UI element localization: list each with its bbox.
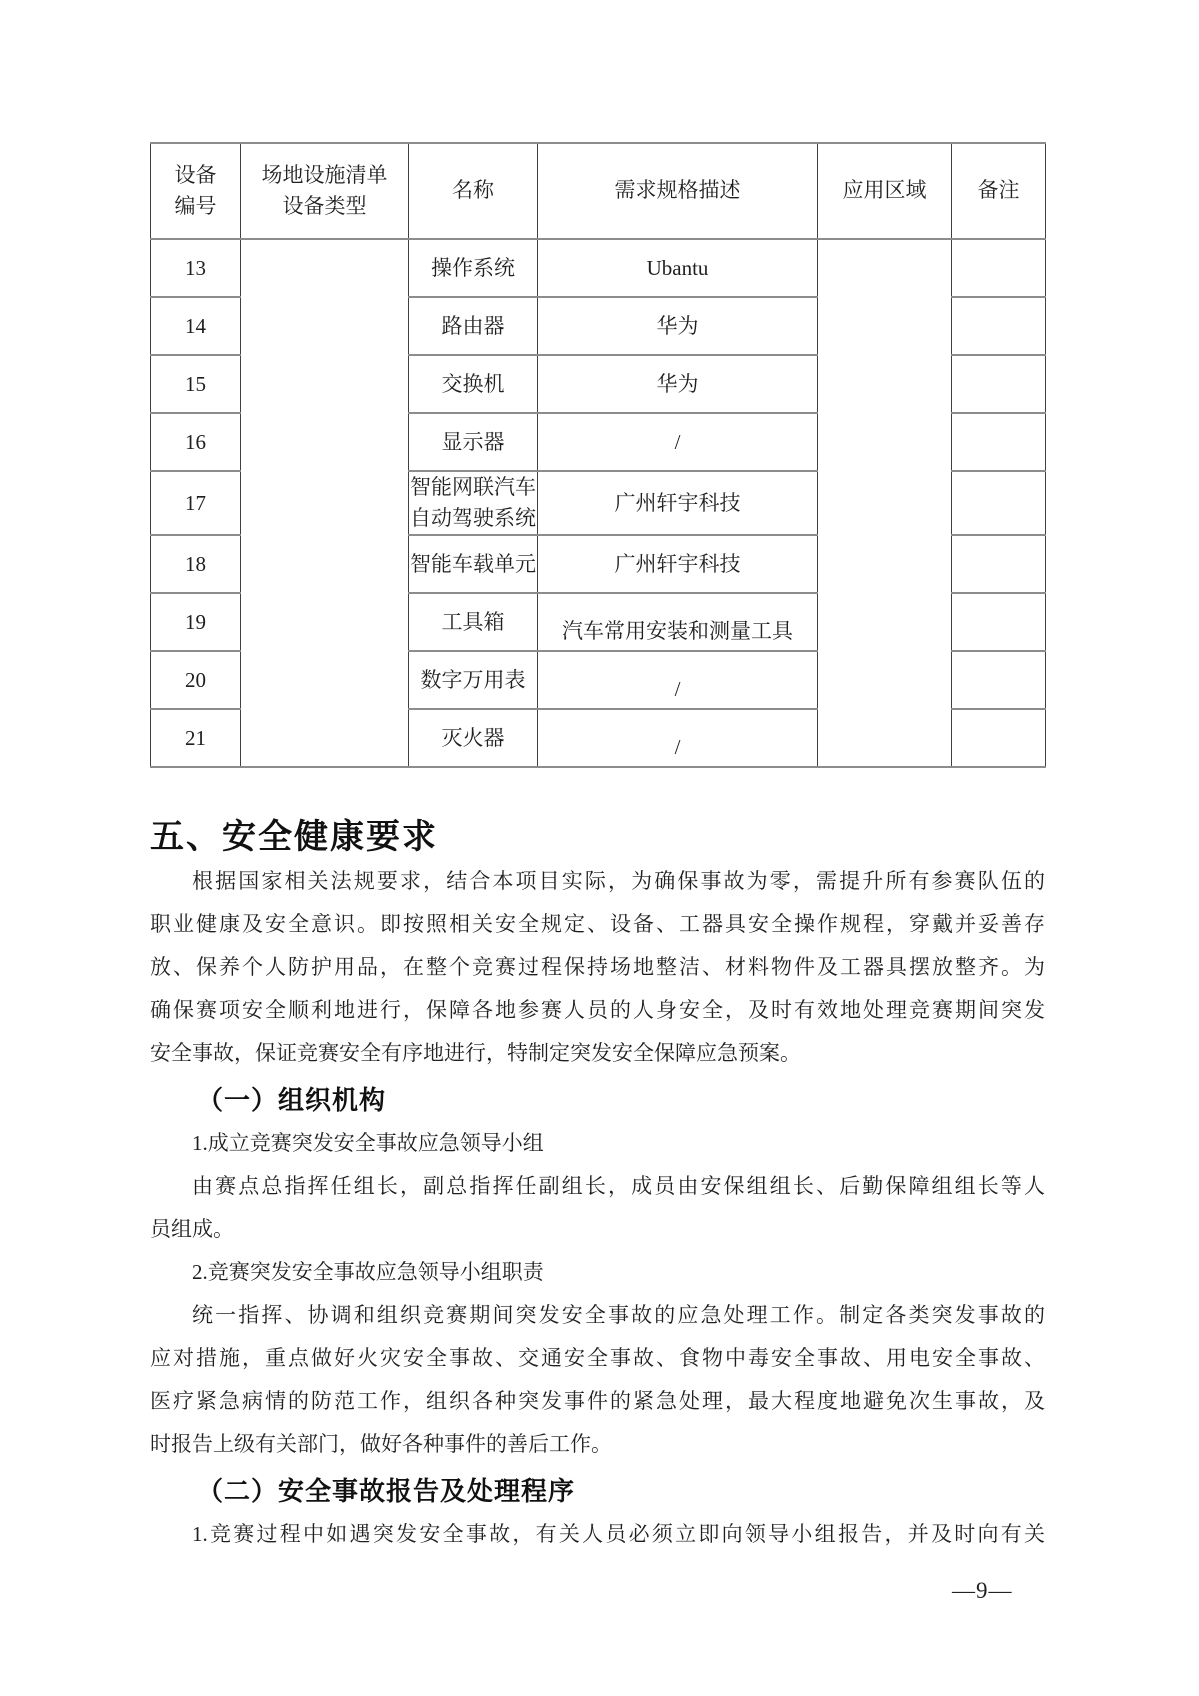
column-header-line: 需求规格描述 — [538, 179, 817, 202]
cell-name: 灭火器 — [409, 709, 538, 767]
cell-name: 工具箱 — [409, 593, 538, 651]
column-header-line: 编号 — [151, 195, 240, 218]
cell-name: 交换机 — [409, 355, 538, 413]
cell-name: 数字万用表 — [409, 651, 538, 709]
cell-device-type-merged — [241, 239, 409, 767]
paragraph-line: 放、保养个人防护用品，在整个竞赛过程保持场地整洁、材料物件及工器具摆放整齐。为 — [150, 946, 1045, 989]
column-header-line: 备注 — [952, 179, 1045, 202]
cell-note — [952, 297, 1046, 355]
cell-note — [952, 355, 1046, 413]
cell-note — [952, 535, 1046, 593]
column-header-note: 备注 — [952, 143, 1046, 239]
cell-name: 显示器 — [409, 413, 538, 471]
cell-note — [952, 239, 1046, 297]
cell-device-no: 21 — [151, 709, 241, 767]
header-row: 设备编号场地设施清单设备类型名称需求规格描述应用区域备注 — [151, 143, 1046, 239]
cell-note — [952, 593, 1046, 651]
cell-area-merged — [818, 239, 952, 767]
body-text: 根据国家相关法规要求，结合本项目实际，为确保事故为零，需提升所有参赛队伍的职业健… — [150, 860, 1045, 1556]
column-header-line: 场地设施清单 — [241, 164, 408, 187]
cell-name: 智能网联汽车自动驾驶系统 — [409, 471, 538, 535]
paragraph-line: 医疗紧急病情的防范工作，组织各种突发事件的紧急处理，最大程度地避免次生事故，及 — [150, 1380, 1045, 1423]
paragraph-line: 员组成。 — [150, 1208, 1045, 1251]
table-row: 13操作系统Ubantu — [151, 239, 1046, 297]
paragraph-line: 根据国家相关法规要求，结合本项目实际，为确保事故为零，需提升所有参赛队伍的 — [150, 860, 1045, 903]
cell-spec: 华为 — [538, 355, 818, 413]
cell-spec: 广州轩宇科技 — [538, 535, 818, 593]
equipment-table: 设备编号场地设施清单设备类型名称需求规格描述应用区域备注 13操作系统Ubant… — [150, 142, 1046, 768]
cell-device-no: 15 — [151, 355, 241, 413]
column-header-line: 设备 — [151, 164, 240, 187]
cell-note — [952, 471, 1046, 535]
cell-device-no: 18 — [151, 535, 241, 593]
cell-device-no: 13 — [151, 239, 241, 297]
cell-spec: 汽车常用安装和测量工具 — [538, 593, 818, 651]
paragraph-line: 2.竞赛突发安全事故应急领导小组职责 — [150, 1251, 1045, 1294]
cell-spec: / — [538, 709, 818, 767]
column-header-line: 应用区域 — [818, 179, 951, 202]
page-content: 设备编号场地设施清单设备类型名称需求规格描述应用区域备注 13操作系统Ubant… — [150, 142, 1045, 1556]
cell-spec: / — [538, 651, 818, 709]
paragraph-line: 确保赛项安全顺利地进行，保障各地参赛人员的人身安全，及时有效地处理竞赛期间突发 — [150, 989, 1045, 1032]
column-header-no: 设备编号 — [151, 143, 241, 239]
equipment-table-body: 13操作系统Ubantu14路由器华为15交换机华为16显示器/17智能网联汽车… — [151, 239, 1046, 767]
cell-spec: 广州轩宇科技 — [538, 471, 818, 535]
cell-spec: 华为 — [538, 297, 818, 355]
cell-spec: / — [538, 413, 818, 471]
paragraph-line: 安全事故，保证竞赛安全有序地进行，特制定突发安全保障应急预案。 — [150, 1032, 1045, 1075]
paragraph-line: 职业健康及安全意识。即按照相关安全规定、设备、工器具安全操作规程，穿戴并妥善存 — [150, 903, 1045, 946]
column-header-area: 应用区域 — [818, 143, 952, 239]
page-number: —9— — [952, 1578, 1013, 1604]
cell-device-no: 20 — [151, 651, 241, 709]
cell-name: 操作系统 — [409, 239, 538, 297]
paragraph-line: 应对措施，重点做好火灾安全事故、交通安全事故、食物中毒安全事故、用电安全事故、 — [150, 1337, 1045, 1380]
cell-device-no: 16 — [151, 413, 241, 471]
column-header-spec: 需求规格描述 — [538, 143, 818, 239]
cell-device-no: 17 — [151, 471, 241, 535]
section-title: 五、安全健康要求 — [150, 814, 1045, 860]
paragraph-line: 由赛点总指挥任组长，副总指挥任副组长，成员由安保组组长、后勤保障组组长等人 — [150, 1165, 1045, 1208]
cell-note — [952, 651, 1046, 709]
column-header-line: 设备类型 — [241, 195, 408, 218]
subsection-title: （一）组织机构 — [197, 1082, 1045, 1118]
column-header-name: 名称 — [409, 143, 538, 239]
column-header-line: 名称 — [409, 179, 537, 202]
document-page: 设备编号场地设施清单设备类型名称需求规格描述应用区域备注 13操作系统Ubant… — [0, 0, 1199, 1696]
paragraph-line: 时报告上级有关部门，做好各种事件的善后工作。 — [150, 1423, 1045, 1466]
cell-name: 路由器 — [409, 297, 538, 355]
cell-name: 智能车载单元 — [409, 535, 538, 593]
column-header-type: 场地设施清单设备类型 — [241, 143, 409, 239]
cell-note — [952, 413, 1046, 471]
equipment-table-header: 设备编号场地设施清单设备类型名称需求规格描述应用区域备注 — [151, 143, 1046, 239]
cell-spec: Ubantu — [538, 239, 818, 297]
cell-device-no: 14 — [151, 297, 241, 355]
paragraph-line: 1.竞赛过程中如遇突发安全事故，有关人员必须立即向领导小组报告，并及时向有关 — [150, 1513, 1045, 1556]
paragraph-line: 1.成立竞赛突发安全事故应急领导小组 — [150, 1122, 1045, 1165]
cell-device-no: 19 — [151, 593, 241, 651]
paragraph-line: 统一指挥、协调和组织竞赛期间突发安全事故的应急处理工作。制定各类突发事故的 — [150, 1294, 1045, 1337]
cell-note — [952, 709, 1046, 767]
subsection-title: （二）安全事故报告及处理程序 — [197, 1473, 1045, 1509]
